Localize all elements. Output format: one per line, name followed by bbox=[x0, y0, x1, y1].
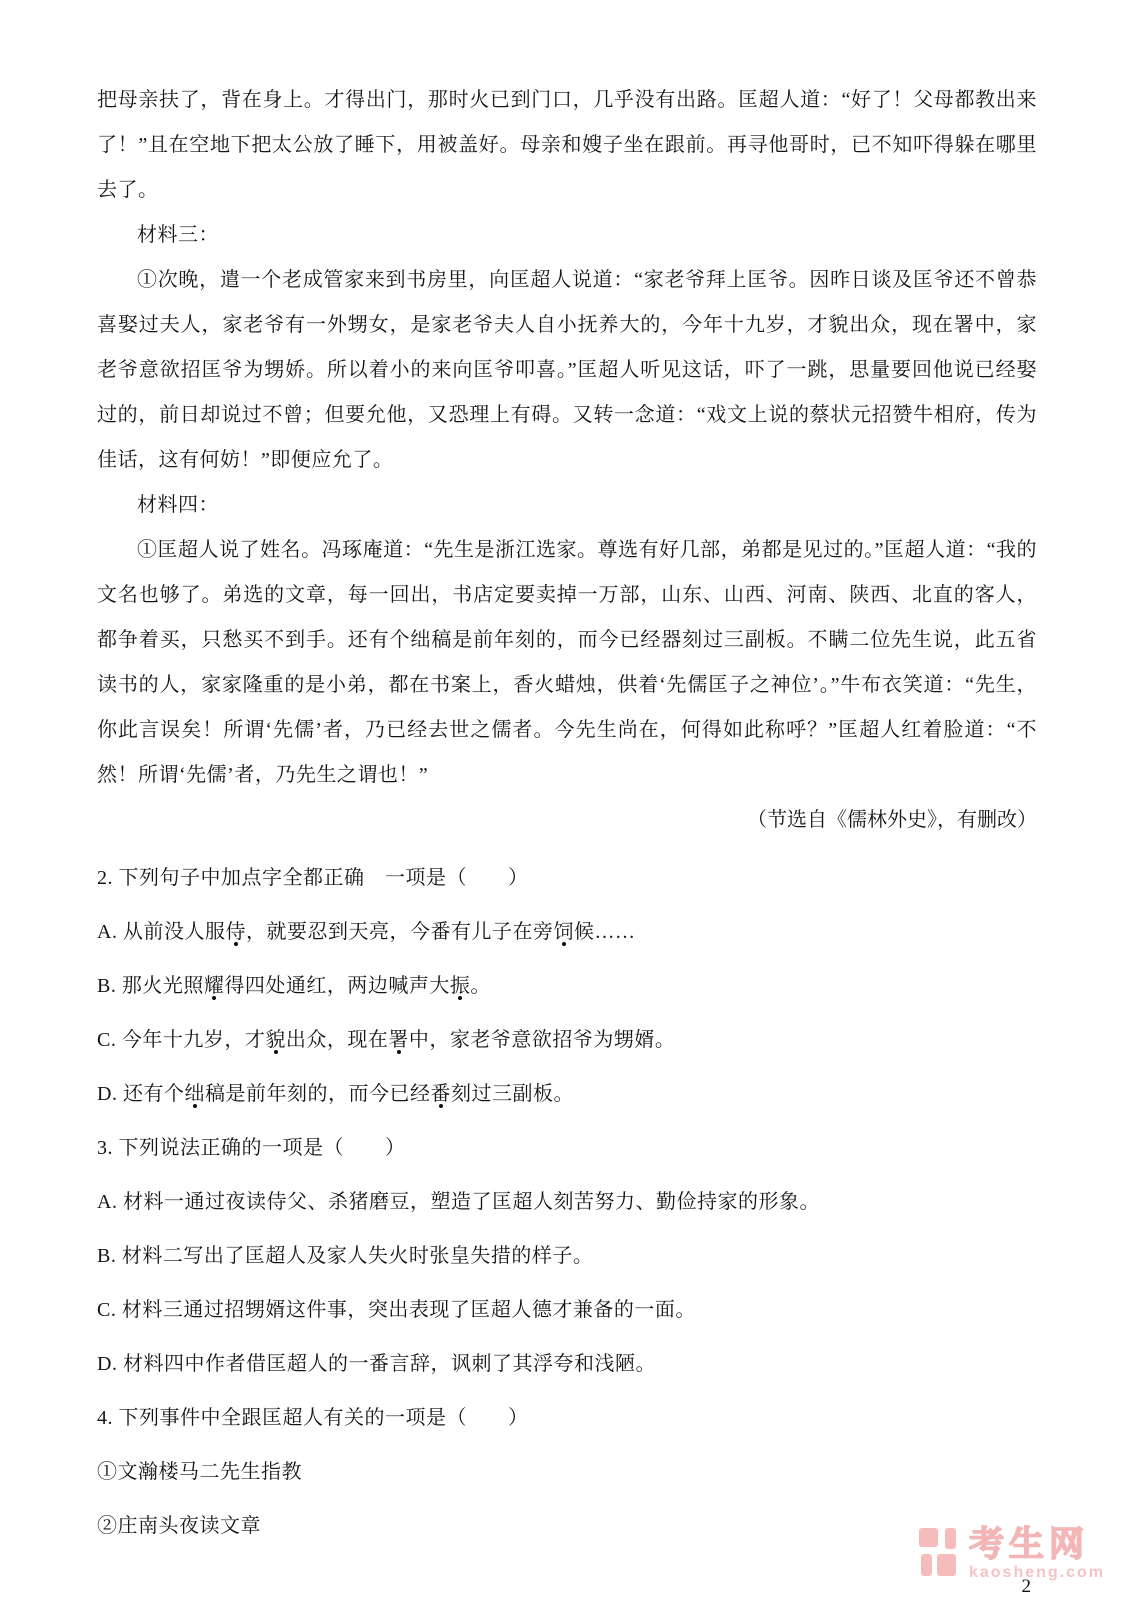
question-option: ②庄南头夜读文章 bbox=[97, 1499, 1037, 1553]
document-content: 把母亲扶了，背在身上。才得出门，那时火已到门口，几乎没有出路。匡超人道：“好了！… bbox=[97, 78, 1037, 1553]
logo-block bbox=[921, 1554, 932, 1576]
emphasis-dot-char: 饲 bbox=[553, 921, 574, 943]
option-text: D. 材料四中作者借匡超人的一番言辞，讽刺了其浮夸和浅陋。 bbox=[97, 1353, 656, 1375]
question-option: D. 还有个绌稿是前年刻的，而今已经番刻过三副板。 bbox=[97, 1067, 1037, 1121]
logo-block bbox=[937, 1554, 956, 1576]
material-3-paragraph: ①次晚，遣一个老成管家来到书房里，向匡超人说道：“家老爷拜上匡爷。因昨日谈及匡爷… bbox=[97, 258, 1037, 483]
question-option: C. 材料三通过招甥婿这件事，突出表现了匡超人德才兼备的一面。 bbox=[97, 1283, 1037, 1337]
material-4-label: 材料四： bbox=[97, 483, 1037, 528]
questions-section: 2. 下列句子中加点字全都正确 一项是（ ）A. 从前没人服侍，就要忍到天亮，今… bbox=[97, 851, 1037, 1553]
option-text: 候…… bbox=[574, 921, 636, 943]
option-text: B. 材料二写出了匡超人及家人失火时张皇失措的样子。 bbox=[97, 1245, 593, 1267]
option-text: A. 材料一通过夜读侍父、杀猪磨豆，塑造了匡超人刻苦努力、勤俭持家的形象。 bbox=[97, 1191, 820, 1213]
question-option: A. 从前没人服侍，就要忍到天亮，今番有儿子在旁饲候…… bbox=[97, 905, 1037, 959]
document-page: 把母亲扶了，背在身上。才得出门，那时火已到门口，几乎没有出路。匡超人道：“好了！… bbox=[0, 0, 1131, 1600]
emphasis-dot-char: 侍 bbox=[225, 921, 246, 943]
option-text: C. 今年十九岁，才 bbox=[97, 1029, 265, 1051]
emphasis-dot-char: 番 bbox=[430, 1083, 451, 1105]
material-3-label: 材料三： bbox=[97, 213, 1037, 258]
question-stem: 3. 下列说法正确的一项是（ ） bbox=[97, 1121, 1037, 1175]
page-number: 2 bbox=[1022, 1576, 1032, 1598]
emphasis-dot-char: 貌 bbox=[265, 1029, 286, 1051]
emphasis-dot-char: 振 bbox=[450, 975, 471, 997]
watermark-domain: kaosheng.com bbox=[969, 1564, 1105, 1582]
question-option: B. 材料二写出了匡超人及家人失火时张皇失措的样子。 bbox=[97, 1229, 1037, 1283]
option-text: ，就要忍到天亮，今番有儿子在旁 bbox=[246, 921, 554, 943]
option-text: 中，家老爷意欲招爷为甥婿。 bbox=[409, 1029, 676, 1051]
emphasis-dot-char: 绌 bbox=[184, 1083, 205, 1105]
option-text: C. 材料三通过招甥婿这件事，突出表现了匡超人德才兼备的一面。 bbox=[97, 1299, 696, 1321]
question-option: B. 那火光照耀得四处通红，两边喊声大振。 bbox=[97, 959, 1037, 1013]
question-option: A. 材料一通过夜读侍父、杀猪磨豆，塑造了匡超人刻苦努力、勤俭持家的形象。 bbox=[97, 1175, 1037, 1229]
source-attribution: （节选自《儒林外史》，有删改） bbox=[97, 798, 1037, 843]
option-text: 刻过三副板。 bbox=[451, 1083, 574, 1105]
material-4-paragraph: ①匡超人说了姓名。冯琢庵道：“先生是浙江选家。尊选有好几部，弟都是见过的。”匡超… bbox=[97, 528, 1037, 798]
option-text: 。 bbox=[470, 975, 491, 997]
option-text: A. 从前没人服 bbox=[97, 921, 225, 943]
option-text: 出众，现在 bbox=[286, 1029, 389, 1051]
emphasis-dot-char: 署 bbox=[388, 1029, 409, 1051]
option-text: D. 还有个 bbox=[97, 1083, 184, 1105]
question-option: C. 今年十九岁，才貌出众，现在署中，家老爷意欲招爷为甥婿。 bbox=[97, 1013, 1037, 1067]
option-text: 稿是前年刻的，而今已经 bbox=[205, 1083, 431, 1105]
question-stem: 4. 下列事件中全跟匡超人有关的一项是（ ） bbox=[97, 1391, 1037, 1445]
option-text: ①文瀚楼马二先生指教 bbox=[97, 1461, 302, 1483]
option-text: B. 那火光照 bbox=[97, 975, 204, 997]
paragraph-continuation: 把母亲扶了，背在身上。才得出门，那时火已到门口，几乎没有出路。匡超人道：“好了！… bbox=[97, 78, 1037, 213]
question-option: D. 材料四中作者借匡超人的一番言辞，讽刺了其浮夸和浅陋。 bbox=[97, 1337, 1037, 1391]
question-option: ①文瀚楼马二先生指教 bbox=[97, 1445, 1037, 1499]
option-text: ②庄南头夜读文章 bbox=[97, 1515, 261, 1537]
emphasis-dot-char: 耀 bbox=[204, 975, 225, 997]
option-text: 得四处通红，两边喊声大 bbox=[224, 975, 450, 997]
question-stem: 2. 下列句子中加点字全都正确 一项是（ ） bbox=[97, 851, 1037, 905]
